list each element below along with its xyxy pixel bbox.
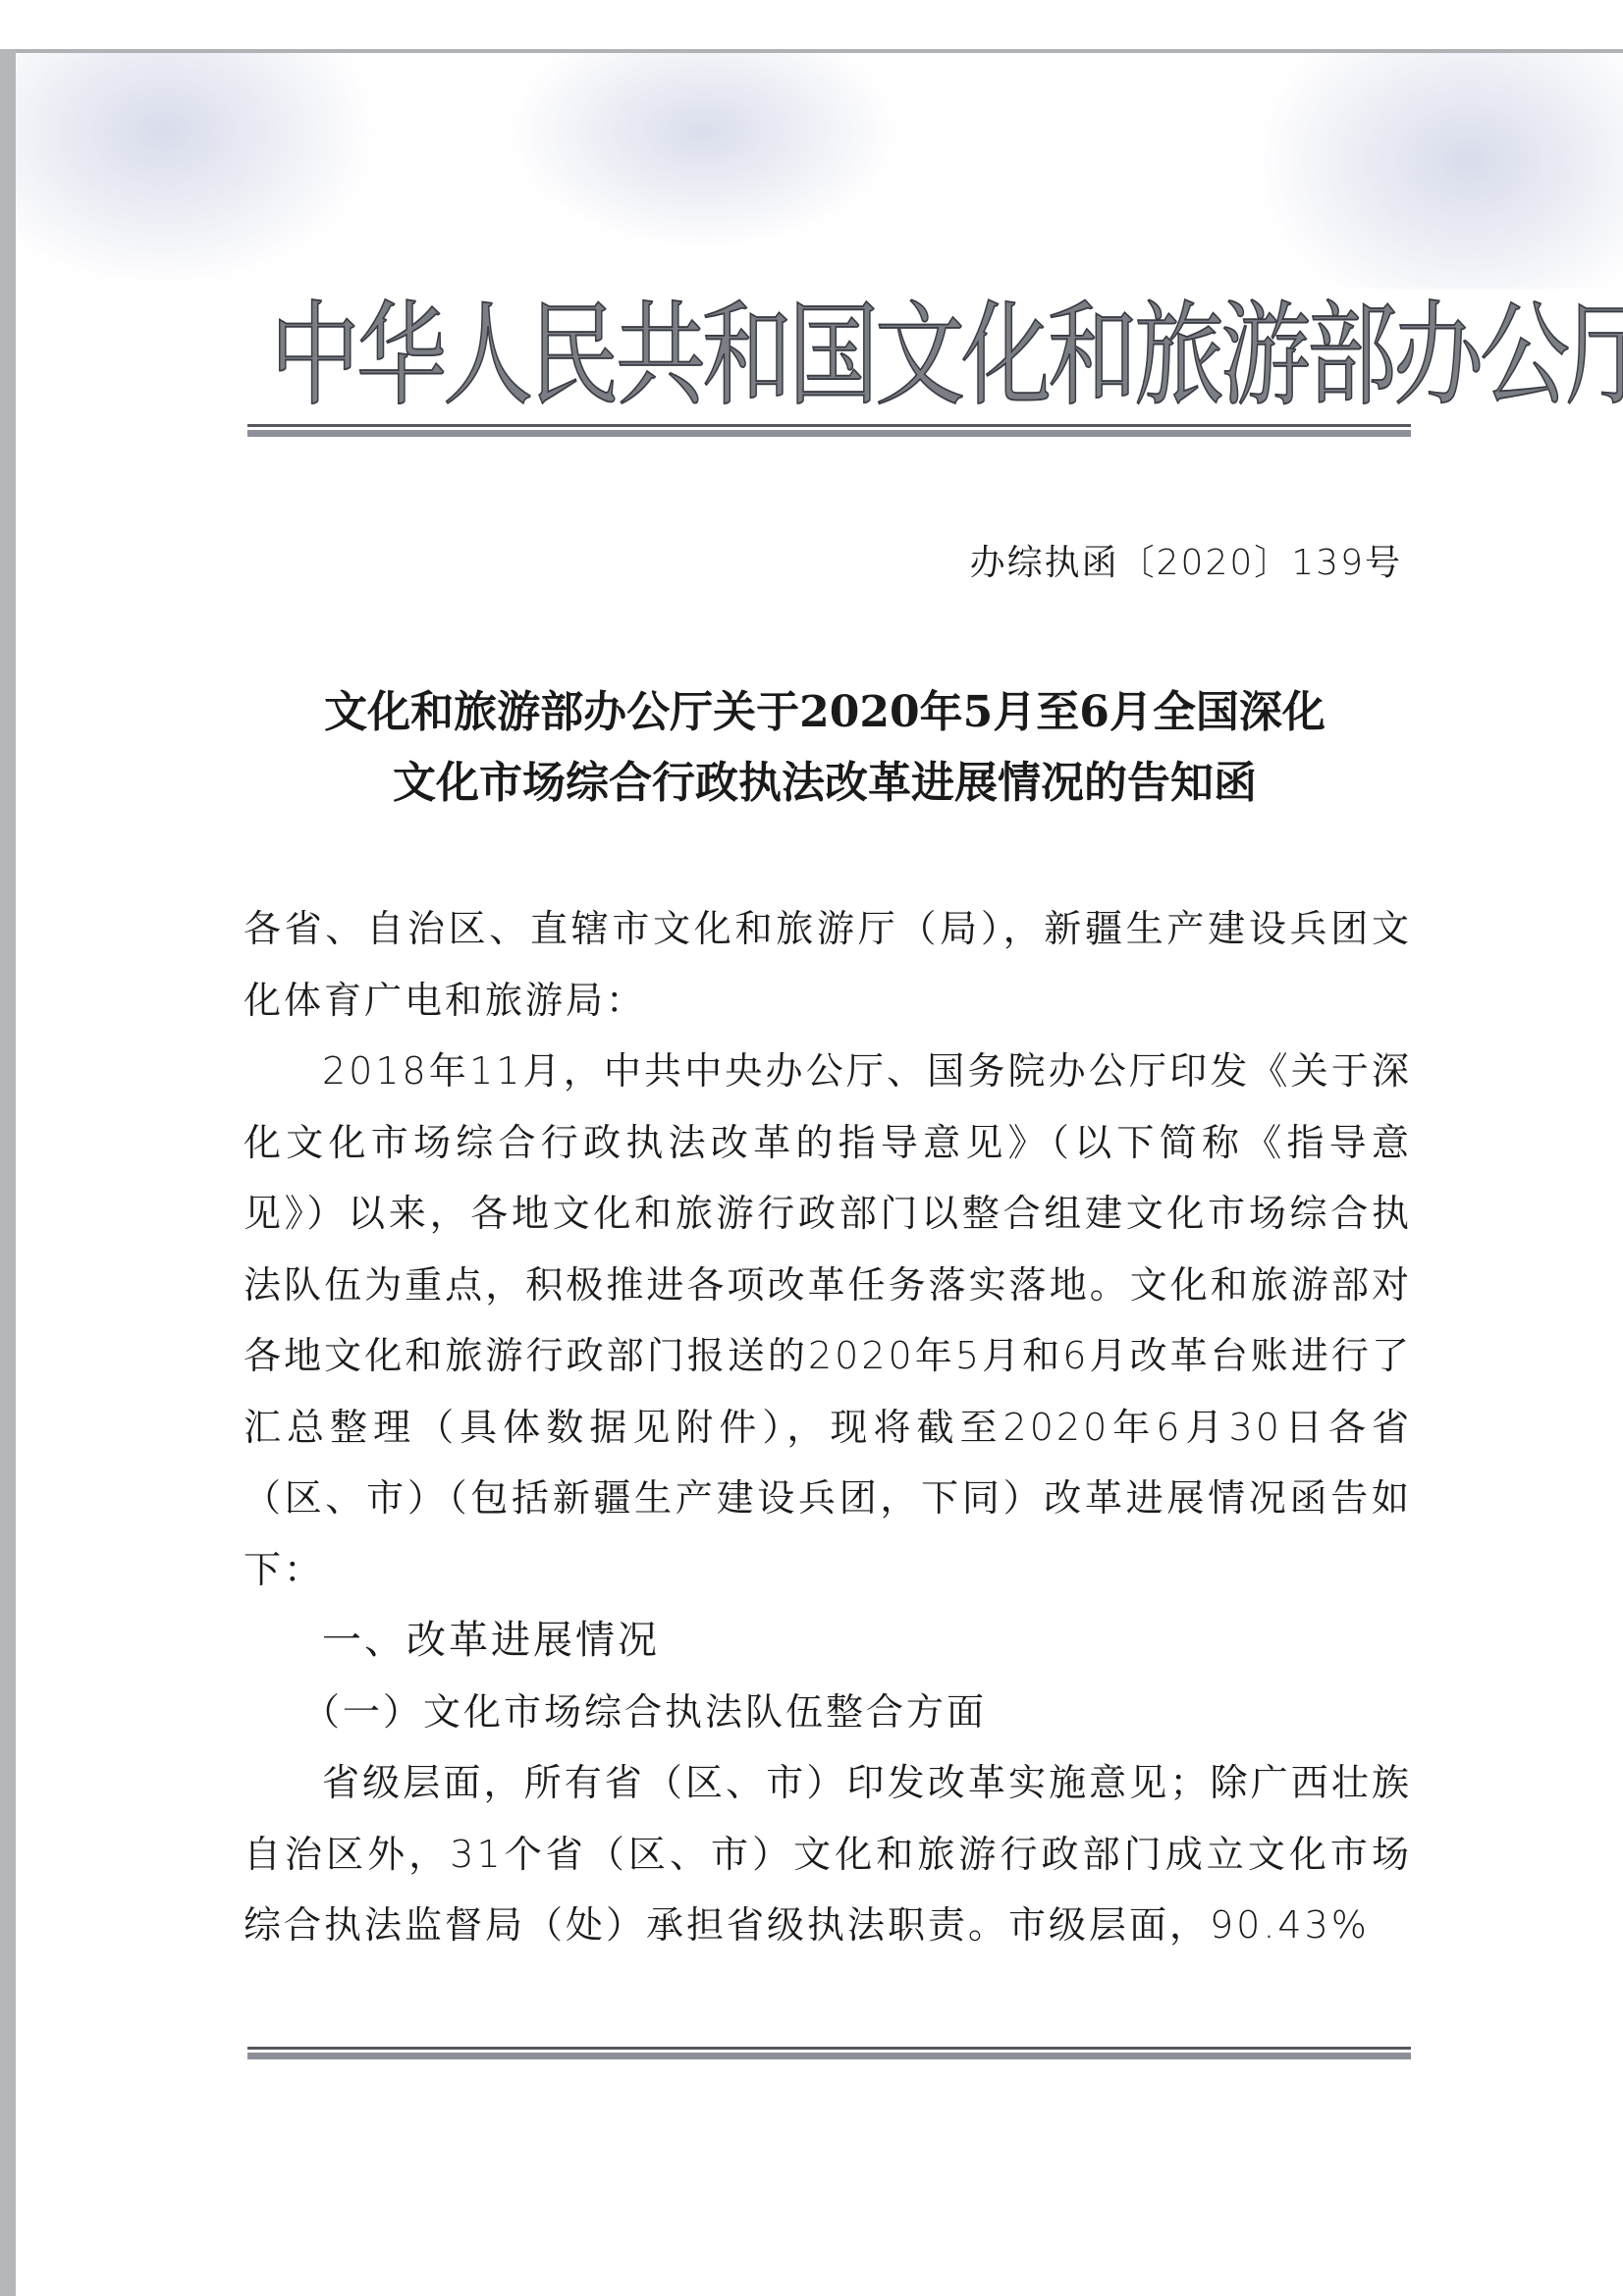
title-line-1: 文化和旅游部办公厅关于2020年5月至6月全国深化 xyxy=(236,677,1414,748)
document-number: 办综执函〔2020〕139号 xyxy=(970,535,1402,585)
letterhead-organization: 中华人民共和国文化和旅游部办公厅 xyxy=(270,265,1419,427)
footer-divider xyxy=(247,2047,1411,2059)
scan-shading xyxy=(16,53,1623,289)
addressee: 各省、自治区、直辖市文化和旅游厅（局），新疆生产建设兵团文化体育广电和旅游局： xyxy=(243,893,1412,1036)
title-line-2: 文化市场综合行政执法改革进展情况的告知函 xyxy=(236,748,1414,819)
letterhead-divider xyxy=(247,424,1411,437)
document-body: 各省、自治区、直辖市文化和旅游厅（局），新疆生产建设兵团文化体育广电和旅游局： … xyxy=(243,893,1412,1961)
scan-top-edge xyxy=(16,49,1623,53)
scan-left-edge xyxy=(0,49,16,2296)
intro-paragraph: 2018年11月，中共中央办公厅、国务院办公厅印发《关于深化文化市场综合行政执法… xyxy=(243,1036,1412,1605)
subsection-heading: （一）文化市场综合执法队伍整合方面 xyxy=(243,1677,1412,1748)
scan-top-margin xyxy=(0,0,1623,49)
section-heading: 一、改革进展情况 xyxy=(243,1605,1412,1677)
subsection-paragraph: 省级层面，所有省（区、市）印发改革实施意见；除广西壮族自治区外，31个省（区、市… xyxy=(243,1747,1412,1961)
document-title: 文化和旅游部办公厅关于2020年5月至6月全国深化 文化市场综合行政执法改革进展… xyxy=(236,677,1414,819)
